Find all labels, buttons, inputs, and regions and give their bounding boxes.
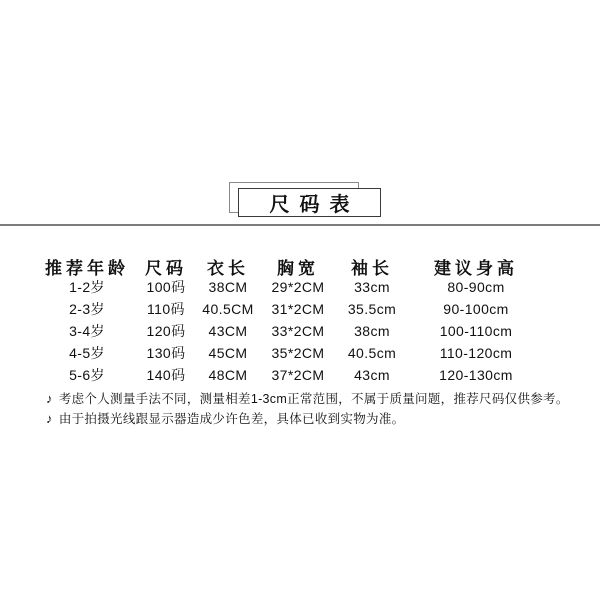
cell-chest: 35*2CM [260,345,336,361]
note-text: 考虑个人测量手法不同，测量相差1-3cm正常范围，不属于质量问题，推荐尺码仅供参… [59,392,569,406]
music-note-icon: ♪ [46,389,53,408]
cell-length: 40.5CM [196,301,260,317]
cell-chest: 29*2CM [260,279,336,295]
cell-size: 120码 [136,321,196,341]
note-line: ♪由于拍摄光线跟显示器造成少许色差，具体已收到实物为准。 [46,409,569,429]
cell-length: 43CM [196,323,260,339]
table-row: 1-2岁 100码 38CM 29*2CM 33cm 80-90cm [38,276,544,298]
cell-chest: 31*2CM [260,301,336,317]
cell-height: 100-110cm [408,323,544,339]
cell-sleeve: 33cm [336,279,408,295]
table-header-chest: 胸宽 [260,254,336,279]
cell-length: 38CM [196,279,260,295]
title-box: 尺码表 [238,188,381,217]
music-note-icon: ♪ [46,409,53,428]
cell-age: 1-2岁 [38,277,136,297]
table-header-row: 推荐年龄 尺码 衣长 胸宽 袖长 建议身高 [38,254,544,276]
table-header-size: 尺码 [136,254,196,279]
cell-height: 110-120cm [408,345,544,361]
cell-size: 130码 [136,343,196,363]
cell-age: 3-4岁 [38,321,136,341]
table-row: 5-6岁 140码 48CM 37*2CM 43cm 120-130cm [38,364,544,386]
cell-height: 120-130cm [408,367,544,383]
cell-size: 100码 [136,277,196,297]
cell-sleeve: 35.5cm [336,301,408,317]
cell-length: 48CM [196,367,260,383]
table-header-age: 推荐年龄 [38,254,136,279]
horizontal-divider [0,224,600,226]
note-text: 由于拍摄光线跟显示器造成少许色差，具体已收到实物为准。 [59,412,405,426]
cell-height: 90-100cm [408,301,544,317]
title-box-front-frame: 尺码表 [238,188,381,217]
cell-length: 45CM [196,345,260,361]
cell-chest: 37*2CM [260,367,336,383]
table-header-length: 衣长 [196,254,260,279]
cell-size: 110码 [136,299,196,319]
table-row: 4-5岁 130码 45CM 35*2CM 40.5cm 110-120cm [38,342,544,364]
page-title: 尺码表 [270,188,360,217]
note-line: ♪考虑个人测量手法不同，测量相差1-3cm正常范围，不属于质量问题，推荐尺码仅供… [46,389,569,409]
cell-height: 80-90cm [408,279,544,295]
table-header-height: 建议身高 [408,254,544,279]
footnotes: ♪考虑个人测量手法不同，测量相差1-3cm正常范围，不属于质量问题，推荐尺码仅供… [46,389,569,429]
cell-size: 140码 [136,365,196,385]
table-row: 2-3岁 110码 40.5CM 31*2CM 35.5cm 90-100cm [38,298,544,320]
cell-sleeve: 43cm [336,367,408,383]
cell-sleeve: 40.5cm [336,345,408,361]
size-table: 推荐年龄 尺码 衣长 胸宽 袖长 建议身高 1-2岁 100码 38CM 29*… [38,254,544,386]
cell-age: 4-5岁 [38,343,136,363]
cell-age: 2-3岁 [38,299,136,319]
cell-sleeve: 38cm [336,323,408,339]
cell-chest: 33*2CM [260,323,336,339]
table-header-sleeve: 袖长 [336,254,408,279]
table-row: 3-4岁 120码 43CM 33*2CM 38cm 100-110cm [38,320,544,342]
cell-age: 5-6岁 [38,365,136,385]
